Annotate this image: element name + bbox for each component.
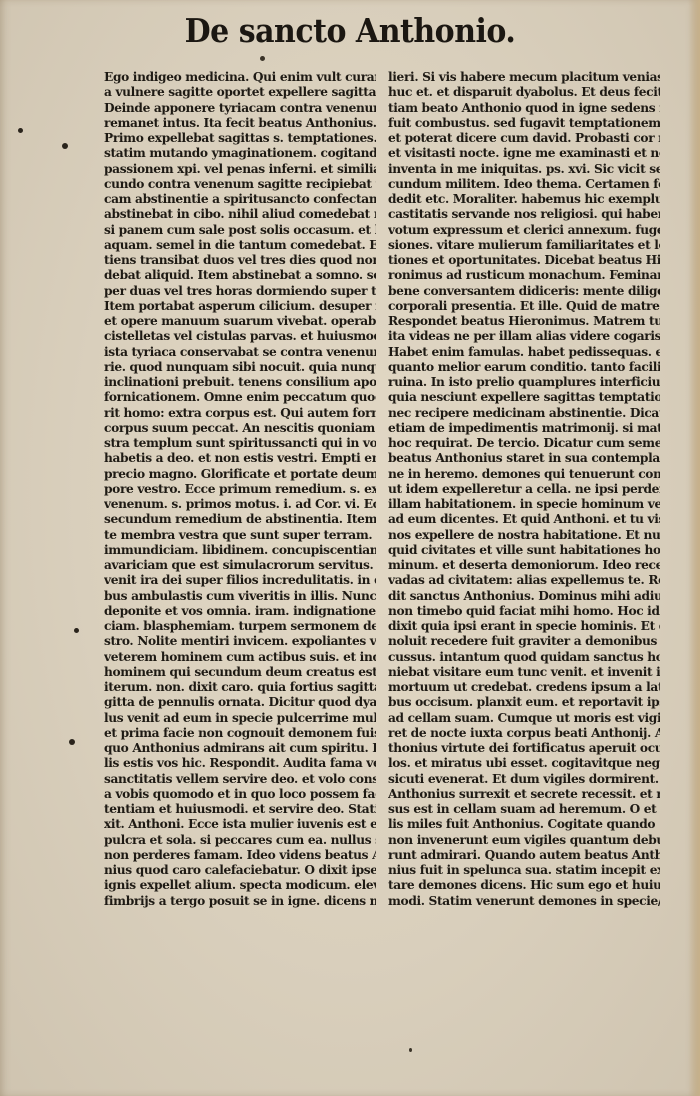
text-line: nec recipere medicinam abstinentie. Dica… xyxy=(388,406,660,421)
text-line: per duas vel tres horas dormiendo super … xyxy=(104,284,376,299)
text-line: si panem cum sale post solis occasum. et… xyxy=(104,223,376,238)
text-line: cussus. intantum quod quidam sanctus hom… xyxy=(388,650,660,665)
text-line: et poterat dicere cum david. Probasti co… xyxy=(388,131,660,146)
text-line: non perderes famam. Ideo videns beatus A… xyxy=(104,848,376,863)
text-line: ruina. In isto prelio quamplures interfi… xyxy=(388,375,660,390)
marginal-mark xyxy=(62,143,68,149)
text-line: passionem xpi. vel penas inferni. et sim… xyxy=(104,162,376,177)
text-line: ista tyriaca conservabat se contra venen… xyxy=(104,345,376,360)
text-line: tiam beato Anthonio quod in igne sedens … xyxy=(388,101,660,116)
text-line: quia nesciunt expellere sagittas temptat… xyxy=(388,390,660,405)
text-line: Respondet beatus Hieronimus. Matrem tuam xyxy=(388,314,660,329)
text-line: tiens transibat duos vel tres dies quod … xyxy=(104,253,376,268)
text-line: precio magno. Glorificate et portate deu… xyxy=(104,467,376,482)
text-line: bene conversantem didiceris: mente dilig… xyxy=(388,284,660,299)
text-line: immundiciam. libidinem. concupiscentiam … xyxy=(104,543,376,558)
text-line: lis estis vos hic. Respondit. Audita fam… xyxy=(104,756,376,771)
text-line: nius fuit in spelunca sua. statim incepi… xyxy=(388,863,660,878)
text-line: stra templum sunt spiritussancti qui in … xyxy=(104,436,376,451)
text-line: thonius virtute dei fortificatus aperuit… xyxy=(388,741,660,756)
text-line: lieri. Si vis habere mecum placitum veni… xyxy=(388,70,660,85)
text-line: niebat visitare eum tunc venit. et inven… xyxy=(388,665,660,680)
page-edge xyxy=(688,0,700,1096)
text-line: hoc requirat. De tercio. Dicatur cum sem… xyxy=(388,436,660,451)
text-line: dixit quia ipsi erant in specie hominis.… xyxy=(388,619,660,634)
text-line: cundo contra venenum sagitte recipiebat … xyxy=(104,177,376,192)
text-line: runt admirari. Quando autem beatus Antho xyxy=(388,848,660,863)
text-line: corpus suum peccat. An nescitis quoniam … xyxy=(104,421,376,436)
text-line: Ego indigeo medicina. Qui enim vult cura… xyxy=(104,70,376,85)
text-line: deponite et vos omnia. iram. indignation… xyxy=(104,604,376,619)
text-line: vadas ad civitatem: alias expellemus te.… xyxy=(388,573,660,588)
text-line: minum. et deserta demoniorum. Ideo reced… xyxy=(388,558,660,573)
text-line: et visitasti nocte. igne me examinasti e… xyxy=(388,146,660,161)
text-line: ne in heremo. demones qui tenuerunt cons… xyxy=(388,467,660,482)
text-line: ut idem expelleretur a cella. ne ipsi pe… xyxy=(388,482,660,497)
text-line: modi. Statim venerunt demones in specie/ xyxy=(388,894,660,909)
text-line: aquam. semel in die tantum comedebat. Et… xyxy=(104,238,376,253)
paper-speck xyxy=(409,1048,412,1052)
text-line: Item portabat asperum cilicium. desuper … xyxy=(104,299,376,314)
text-line: fuit combustus. sed fugavit temptationem… xyxy=(388,116,660,131)
marginal-mark xyxy=(69,739,75,745)
text-line: noluit recedere fuit graviter a demonibu… xyxy=(388,634,660,649)
text-line: siones. vitare mulierum familiaritates e… xyxy=(388,238,660,253)
text-line: secundum remedium de abstinentia. Item m… xyxy=(104,512,376,527)
text-line: sus est in cellam suam ad heremum. O et … xyxy=(388,802,660,817)
text-line: quid civitates et ville sunt habitatione… xyxy=(388,543,660,558)
text-line: sicuti evenerat. Et dum vigiles dormiren… xyxy=(388,772,660,787)
text-line: a vobis quomodo et in quo loco possem fa… xyxy=(104,787,376,802)
text-line: bus ambulastis cum viveritis in illis. N… xyxy=(104,589,376,604)
text-line: hominem qui secundum deum creatus est. a… xyxy=(104,665,376,680)
text-line: ita videas ne per illam alias videre cog… xyxy=(388,329,660,344)
text-line: a vulnere sagitte oportet expellere sagi… xyxy=(104,85,376,100)
text-line: Primo expellebat sagittas s. temptatione… xyxy=(104,131,376,146)
text-line: ad cellam suam. Cumque ut moris est vigi… xyxy=(388,711,660,726)
text-line: Deinde apponere tyriacam contra venenum … xyxy=(104,101,376,116)
text-line: gitta de pennulis ornata. Dicitur quod d… xyxy=(104,695,376,710)
text-line: pulcra et sola. si peccares cum ea. null… xyxy=(104,833,376,848)
text-line: nos expellere de nostra habitatione. Et … xyxy=(388,528,660,543)
text-line: ret de nocte iuxta corpus beati Anthonij… xyxy=(388,726,660,741)
text-line: cistelletas vel cistulas parvas. et huiu… xyxy=(104,329,376,344)
text-line: pore vestro. Ecce primum remedium. s. ex… xyxy=(104,482,376,497)
text-line: mortuum ut credebat. credens ipsum a lat… xyxy=(388,680,660,695)
text-line: abstinebat in cibo. nihil aliud comedeba… xyxy=(104,207,376,222)
text-line: xit. Anthoni. Ecce ista mulier iuvenis e… xyxy=(104,817,376,832)
text-line: stro. Nolite mentiri invicem. expoliante… xyxy=(104,634,376,649)
text-line: lis miles fuit Anthonius. Cogitate quand… xyxy=(388,817,660,832)
text-line: habetis a deo. et non estis vestri. Empt… xyxy=(104,451,376,466)
text-line: bus occisum. planxit eum. et reportavit … xyxy=(388,695,660,710)
text-line: Anthonius surrexit et secrete recessit. … xyxy=(388,787,660,802)
manuscript-page: De sancto Anthonio. Ego indigeo medicina… xyxy=(0,0,700,1096)
text-line: fimbrijs a tergo posuit se in igne. dice… xyxy=(104,894,376,909)
text-line: huc et. et disparuit dyabolus. Et deus f… xyxy=(388,85,660,100)
text-line: venit ira dei super filios incredulitati… xyxy=(104,573,376,588)
text-line: tentiam et huiusmodi. et servire deo. St… xyxy=(104,802,376,817)
text-line: fornicationem. Omne enim peccatum quodcu… xyxy=(104,390,376,405)
text-line: ad eum dicentes. Et quid Anthoni. et tu … xyxy=(388,512,660,527)
text-line: quo Anthonius admirans ait cum spiritu. … xyxy=(104,741,376,756)
text-column-right: lieri. Si vis habere mecum placitum veni… xyxy=(388,70,660,909)
text-line: veterem hominem cum actibus suis. et ind… xyxy=(104,650,376,665)
text-line: debat aliquid. Item abstinebat a somno. … xyxy=(104,268,376,283)
text-line: remanet intus. Ita fecit beatus Anthoniu… xyxy=(104,116,376,131)
marginal-mark xyxy=(74,628,79,633)
text-line: et opere manuum suarum vivebat. operabat… xyxy=(104,314,376,329)
text-line: inventa in me iniquitas. ps. xvi. Sic vi… xyxy=(388,162,660,177)
text-line: inclinationi prebuit. tenens consilium a… xyxy=(104,375,376,390)
text-line: tare demones dicens. Hic sum ego et huiu… xyxy=(388,878,660,893)
text-line: los. et miratus ubi esset. cogitavitque … xyxy=(388,756,660,771)
text-line: castitatis servande nos religiosi. qui h… xyxy=(388,207,660,222)
text-line: Habet enim famulas. habet pedissequas. e… xyxy=(388,345,660,360)
text-line: te membra vestra que sunt super terram. … xyxy=(104,528,376,543)
text-line: et prima facie non cognouit demonem fuis… xyxy=(104,726,376,741)
text-line: beatus Anthonius staret in sua contempla… xyxy=(388,451,660,466)
text-line: avariciam que est simulacrorum servitus.… xyxy=(104,558,376,573)
text-line: dit sanctus Anthonius. Dominus mihi adiu… xyxy=(388,589,660,604)
text-line: dedit etc. Moraliter. habemus hic exempl… xyxy=(388,192,660,207)
text-line: non invenerunt eum vigiles quantum debue… xyxy=(388,833,660,848)
text-line: ciam. blasphemiam. turpem sermonem de or… xyxy=(104,619,376,634)
text-line: cundum militem. Ideo thema. Certamen for… xyxy=(388,177,660,192)
text-line: nius quod caro calefaciebatur. O dixit i… xyxy=(104,863,376,878)
header-dot xyxy=(260,56,265,61)
text-line: sanctitatis vellem servire deo. et volo … xyxy=(104,772,376,787)
text-line: lus venit ad eum in specie pulcerrime mu… xyxy=(104,711,376,726)
text-line: rie. quod nunquam sibi nocuit. quia nunq… xyxy=(104,360,376,375)
text-line: cam abstinentie a spiritusancto confecta… xyxy=(104,192,376,207)
text-line: quanto melior earum conditio. tanto faci… xyxy=(388,360,660,375)
text-line: etiam de impedimentis matrimonij. si mat… xyxy=(388,421,660,436)
running-head: De sancto Anthonio. xyxy=(0,13,700,51)
text-line: ignis expellet alium. specta modicum. el… xyxy=(104,878,376,893)
text-line: corporali presentia. Et ille. Quid de ma… xyxy=(388,299,660,314)
text-line: iterum. non. dixit caro. quia fortius sa… xyxy=(104,680,376,695)
text-line: votum expressum et clerici annexum. fuge… xyxy=(388,223,660,238)
text-line: non timebo quid faciat mihi homo. Hoc id… xyxy=(388,604,660,619)
text-line: ronimus ad rusticum monachum. Feminam qu… xyxy=(388,268,660,283)
text-line: tiones et oportunitates. Dicebat beatus … xyxy=(388,253,660,268)
text-line: illam habitationem. in specie hominum ve… xyxy=(388,497,660,512)
text-line: statim mutando ymaginationem. cogitando xyxy=(104,146,376,161)
text-column-left: Ego indigeo medicina. Qui enim vult cura… xyxy=(104,70,376,909)
text-line: rit homo: extra corpus est. Qui autem fo… xyxy=(104,406,376,421)
marginal-mark xyxy=(18,128,23,133)
text-line: venenum. s. primos motus. i. ad Cor. vi.… xyxy=(104,497,376,512)
